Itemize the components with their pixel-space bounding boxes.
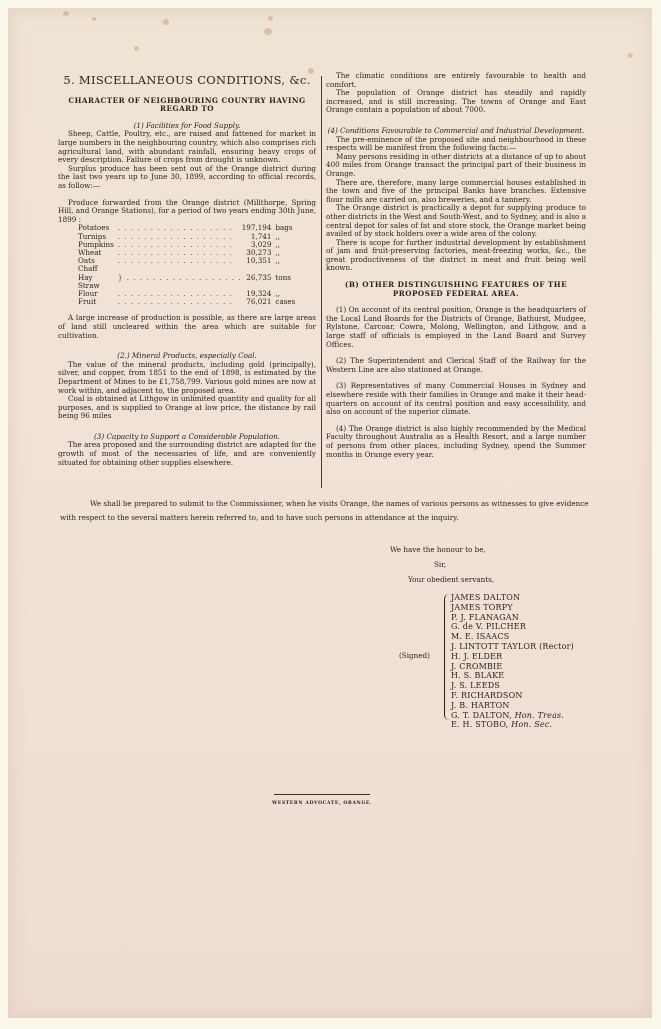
signatory-name: J. B. HARTON (451, 701, 574, 711)
signatory-brace (444, 594, 450, 720)
paragraph: (3) Representatives of many Commercial H… (326, 382, 586, 416)
leader-dots: } . . . . . . . . . . . . . . . . . . (118, 265, 242, 290)
leader-dots: . . . . . . . . . . . . . . . . . . (118, 257, 242, 265)
produce-unit: ,, (275, 257, 295, 265)
signatory-name: H. J. ELDER (451, 652, 574, 662)
produce-row: ChaffHayStraw} . . . . . . . . . . . . .… (78, 265, 295, 290)
signatory-name: M. E. ISAACS (451, 632, 574, 642)
produce-item: ChaffHayStraw (78, 265, 118, 290)
produce-quantity: 10,351 (242, 257, 276, 265)
leader-dots: . . . . . . . . . . . . . . . . . . (118, 224, 242, 232)
printer-rule (274, 794, 370, 795)
paragraph: (4) The Orange district is also highly r… (326, 425, 586, 459)
right-column: The climatic conditions are entirely fav… (326, 72, 586, 459)
produce-unit: cases (275, 298, 295, 306)
foxing-spot (92, 17, 96, 21)
produce-unit: tons (275, 265, 295, 290)
leader-dots: . . . . . . . . . . . . . . . . . . (118, 241, 242, 249)
paragraph: Produce forwarded from the Orange distri… (58, 199, 316, 225)
closing-line-3: Your obedient servants, (390, 572, 494, 587)
foxing-spot (63, 11, 69, 16)
signed-label: (Signed) (399, 651, 430, 660)
signatory-name: G. de V. PILCHER (451, 622, 574, 632)
foxing-spot (264, 28, 272, 35)
signatory-name: J. LINTOTT TAYLOR (Rector) (451, 642, 574, 652)
paragraph: Coal is obtained at Lithgow in unlimited… (58, 395, 316, 421)
leader-dots: . . . . . . . . . . . . . . . . . . (118, 290, 242, 298)
signatory-role: Hon. Sec. (511, 720, 552, 729)
leader-dots: . . . . . . . . . . . . . . . . . . (118, 233, 242, 241)
closing-line-2: Sir, (390, 557, 494, 572)
signatory-role: Hon. Treas. (515, 711, 565, 720)
section-title-other-features: (B) OTHER DISTINGUISHING FEATURES OF THE… (326, 281, 586, 298)
paragraph: Sheep, Cattle, Poultry, etc., are raised… (58, 130, 316, 164)
produce-quantity: 76,021 (242, 298, 276, 306)
paragraph: The Orange district is practically a dep… (326, 204, 586, 238)
signatory-name: JAMES DALTON (451, 593, 574, 603)
signatory-name: J. CROMBIE (451, 662, 574, 672)
produce-table: Potatoes. . . . . . . . . . . . . . . . … (78, 224, 295, 306)
leader-dots: . . . . . . . . . . . . . . . . . . (118, 298, 242, 306)
paragraph: The climatic conditions are entirely fav… (326, 72, 586, 89)
page-heading: 5. MISCELLANEOUS CONDITIONS, &c. (58, 76, 316, 85)
signatory-name: P. J. FLANAGAN (451, 613, 574, 623)
produce-item: Fruit (78, 298, 118, 306)
left-column: 5. MISCELLANEOUS CONDITIONS, &c. CHARACT… (58, 72, 316, 467)
signatory-list: JAMES DALTONJAMES TORPYP. J. FLANAGANG. … (451, 593, 574, 730)
produce-row: Oats. . . . . . . . . . . . . . . . . .1… (78, 257, 295, 265)
closing-paragraph: We shall be prepared to submit to the Co… (60, 497, 590, 525)
paragraph: The value of the mineral products, inclu… (58, 361, 316, 395)
closing-paragraph-block: We shall be prepared to submit to the Co… (60, 497, 590, 525)
foxing-spot (163, 19, 169, 25)
signatory-name: J. S. LEEDS (451, 681, 574, 691)
foxing-spot (268, 16, 273, 21)
produce-quantity: 26,735 (242, 265, 276, 290)
paragraph: The pre-eminence of the proposed site an… (326, 136, 586, 153)
paragraph: (2) The Superintendent and Clerical Staf… (326, 357, 586, 374)
column-divider (321, 76, 322, 488)
signatory-name: JAMES TORPY (451, 603, 574, 613)
paragraph: The area proposed and the surrounding di… (58, 441, 316, 467)
paragraph: Surplus produce has been sent out of the… (58, 165, 316, 191)
paragraph: (1) On account of its central position, … (326, 306, 586, 349)
signatory-name: F. RICHARDSON (451, 691, 574, 701)
foxing-spot (628, 53, 633, 58)
closing-line-1: We have the honour to be, (390, 542, 494, 557)
signatory-name: E. H. STOBO, Hon. Sec. (451, 720, 574, 730)
foxing-spot (134, 46, 139, 51)
signatory-name: H. S. BLAKE (451, 671, 574, 681)
section-title-character: CHARACTER OF NEIGHBOURING COUNTRY HAVING… (58, 97, 316, 114)
produce-row: Fruit. . . . . . . . . . . . . . . . . .… (78, 298, 295, 306)
signatory-name: G. T. DALTON, Hon. Treas. (451, 711, 574, 721)
paragraph: There are, therefore, many large commerc… (326, 179, 586, 205)
closing-salutation: We have the honour to be, Sir, Your obed… (390, 542, 494, 587)
leader-dots: . . . . . . . . . . . . . . . . . . (118, 249, 242, 257)
paragraph: The population of Orange district has st… (326, 89, 586, 115)
printer-imprint: WESTERN ADVOCATE, ORANGE. (272, 801, 372, 806)
paragraph: There is scope for further industrial de… (326, 239, 586, 273)
paragraph: A large increase of production is possib… (58, 314, 316, 340)
paragraph: Many persons residing in other districts… (326, 153, 586, 179)
